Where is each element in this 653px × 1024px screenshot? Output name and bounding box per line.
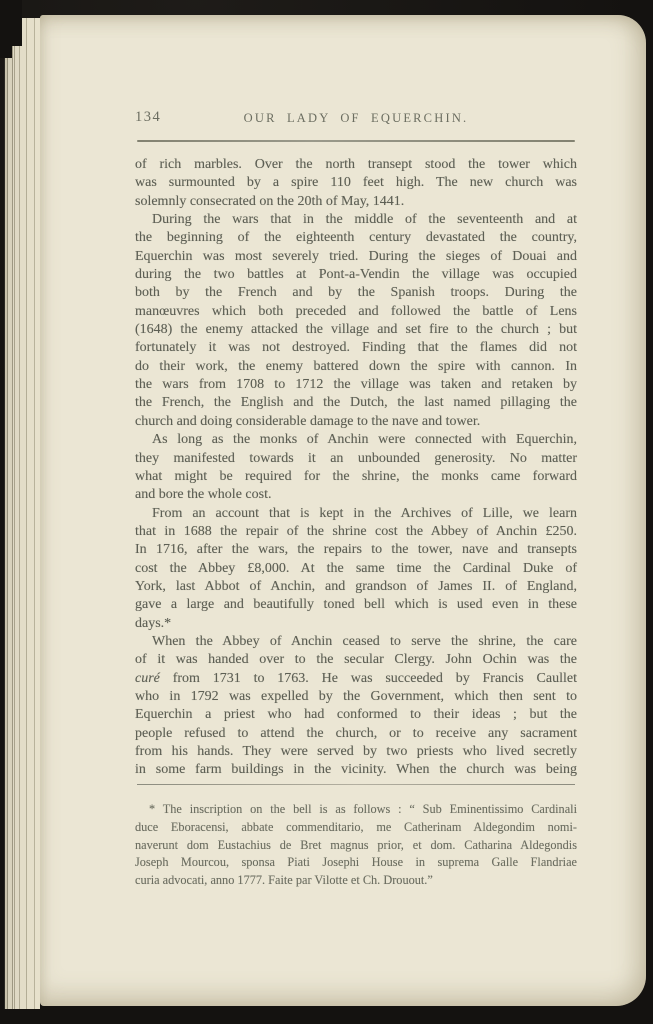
page-header: 134 OUR LADY OF EQUERCHIN.	[135, 107, 577, 129]
text-line: In 1716, after the wars, the repairs to …	[135, 541, 577, 559]
text-line: that in 1688 the repair of the shrine co…	[135, 523, 577, 541]
footnote-line: duce Eboracensi, abbate commenditario, m…	[135, 819, 577, 837]
book-page: 134 OUR LADY OF EQUERCHIN. of rich marbl…	[40, 15, 646, 1006]
text-line: during the two battles at Pont-a-Vendin …	[135, 266, 577, 284]
text-line: cost the Abbey £8,000. At the same time …	[135, 560, 577, 578]
text-line: the beginning of the eighteenth century …	[135, 229, 577, 247]
body-text: of rich marbles. Over the north transept…	[135, 156, 577, 780]
text-line: church and doing considerable damage to …	[135, 413, 577, 431]
text-line: Equerchin a priest who had conformed to …	[135, 706, 577, 724]
text-line: from his hands. They were served by two …	[135, 743, 577, 761]
text-line: From an account that is kept in the Arch…	[135, 505, 577, 523]
text-line: what might be required for the shrine, t…	[135, 468, 577, 486]
text-line: As long as the monks of Anchin were conn…	[135, 431, 577, 449]
text-line: do their work, the enemy battered down t…	[135, 358, 577, 376]
text-line: (1648) the enemy attacked the village an…	[135, 321, 577, 339]
text-line: people refused to attend the church, or …	[135, 725, 577, 743]
text-line: both by the French and by the Spanish tr…	[135, 284, 577, 302]
text-line-cure: curé from 1731 to 1763. He was succeeded…	[135, 670, 577, 688]
text-line: and bore the whole cost.	[135, 486, 577, 504]
footnote-line: naverunt dom Eustachius de Bret magnus p…	[135, 837, 577, 855]
photo-background: { "colors": { "background": "#141210", "…	[0, 0, 653, 1024]
book-page-edges	[4, 18, 40, 1009]
text-line: the French, the English and the Dutch, t…	[135, 394, 577, 412]
text-line: gave a large and beautifully toned bell …	[135, 596, 577, 614]
text-line: Equerchin was most severely tried. Durin…	[135, 248, 577, 266]
text-line: they manifested towards it an unbounded …	[135, 450, 577, 468]
text-line: of rich marbles. Over the north transept…	[135, 156, 577, 174]
footnote: * The inscription on the bell is as foll…	[135, 801, 577, 890]
text-line: in some farm buildings in the vicinity. …	[135, 761, 577, 779]
cure-italic: curé	[135, 671, 160, 686]
text-line: of it was handed over to the secular Cle…	[135, 651, 577, 669]
text-line: fortunately it was not destroyed. Findin…	[135, 339, 577, 357]
text-line: who in 1792 was expelled by the Governme…	[135, 688, 577, 706]
text-line: the wars from 1708 to 1712 the village w…	[135, 376, 577, 394]
cure-rest: from 1731 to 1763. He was succeeded by F…	[160, 671, 577, 686]
text-line: York, last Abbot of Anchin, and grandson…	[135, 578, 577, 596]
page-edge-step	[0, 0, 12, 58]
header-rule	[137, 140, 575, 142]
footnote-line: * The inscription on the bell is as foll…	[135, 801, 577, 819]
footnote-separator	[137, 784, 575, 785]
text-line: days.*	[135, 615, 577, 633]
footnote-line: Joseph Mourcou, sponsa Piati Josephi Hou…	[135, 854, 577, 872]
footnote-line: curia advocati, anno 1777. Faite par Vil…	[135, 872, 577, 890]
text-line: When the Abbey of Anchin ceased to serve…	[135, 633, 577, 651]
text-line: was surmounted by a spire 110 feet high.…	[135, 174, 577, 192]
text-line: During the wars that in the middle of th…	[135, 211, 577, 229]
text-line: solemnly consecrated on the 20th of May,…	[135, 193, 577, 211]
running-title: OUR LADY OF EQUERCHIN.	[135, 111, 577, 126]
text-line: manœuvres which both preceded and follow…	[135, 303, 577, 321]
